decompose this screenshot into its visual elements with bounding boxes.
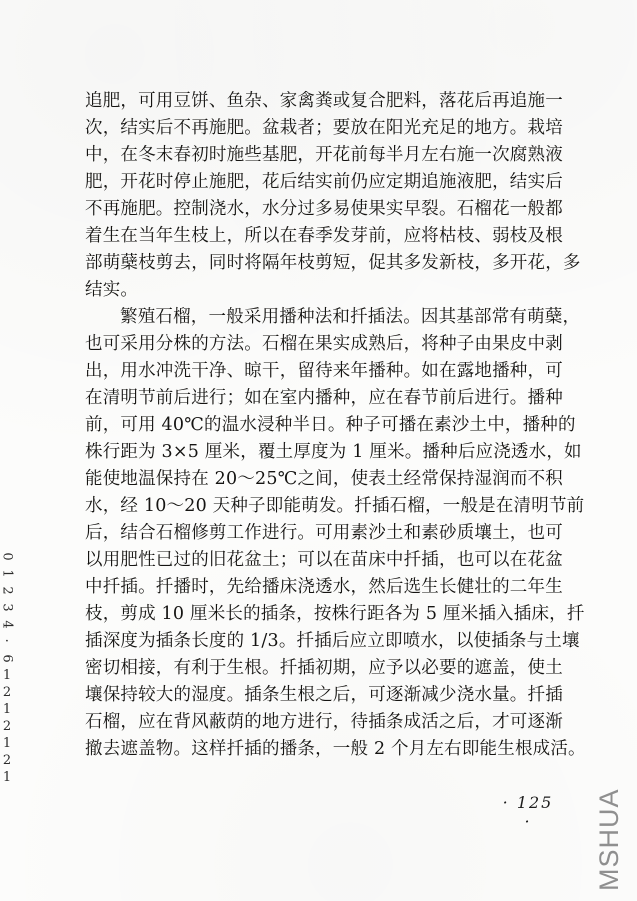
text-line: 水，经 10～20 天种子即能萌发。扦插石榴，一般是在清明节前 <box>85 493 557 520</box>
text-line: 能使地温保持在 20～25℃之间，使表土经常保持湿润而不积 <box>85 466 557 493</box>
edge-mark: 0 <box>0 551 16 563</box>
text-line: 前，可用 40℃的温水浸种半日。种子可播在素沙土中，播种的 <box>85 412 557 439</box>
text-line: 中扦插。扦播时，先给播床浇透水，然后选生长健壮的二年生 <box>85 574 557 601</box>
paragraph-fertilizing: 追肥，可用豆饼、鱼杂、家禽粪或复合肥料，落花后再追施一 次，结实后不再施肥。盆栽… <box>85 88 557 304</box>
edge-mark: 6 <box>0 653 16 665</box>
text-line: 肥，开花时停止施肥，花后结实前仍应定期追施液肥，结实后 <box>85 169 557 196</box>
text-block: 追肥，可用豆饼、鱼杂、家禽粪或复合肥料，落花后再追施一 次，结实后不再施肥。盆栽… <box>85 88 557 763</box>
edge-mark: 4 <box>0 619 16 631</box>
paragraph-propagation: 繁殖石榴，一般采用播种法和扦插法。因其基部常有萌蘖， 也可采用分株的方法。石榴在… <box>85 304 557 763</box>
page-number: · 125 · <box>498 793 558 831</box>
text-line: 结实。 <box>85 277 557 304</box>
text-line: 中，在冬末春初时施些基肥，开花前每半月左右施一次腐熟液 <box>85 142 557 169</box>
text-line: 次，结实后不再施肥。盆栽者；要放在阳光充足的地方。栽培 <box>85 115 557 142</box>
text-line: 出，用水冲洗干净、晾干，留待来年播种。如在露地播种，可 <box>85 358 557 385</box>
text-line: 以用肥性已过的旧花盆土；可以在苗床中扦插，也可以在花盆 <box>85 547 557 574</box>
text-line: 后，结合石榴修剪工作进行。可用素沙土和素砂质壤土，也可 <box>85 520 557 547</box>
text-line: 繁殖石榴，一般采用播种法和扦插法。因其基部常有萌蘖， <box>85 304 557 331</box>
edge-mark: 3 <box>0 602 16 614</box>
edge-mark: 1 <box>1 701 13 718</box>
edge-mark: 2 <box>1 718 13 735</box>
edge-mark: 1 <box>1 769 13 786</box>
edge-mark: 2 <box>1 752 13 769</box>
text-line: 枝，剪成 10 厘米长的插条，按株行距各为 5 厘米插入插床，扦 <box>85 601 557 628</box>
text-line: 也可采用分株的方法。石榴在果实成熟后，将种子由果皮中剥 <box>85 331 557 358</box>
film-edge-marks: 0 1 2 3 4 · 6 1 2 1 2 1 2 1 <box>1 548 15 786</box>
edge-mark: 1 <box>1 667 13 684</box>
text-line: 着生在当年生枝上，所以在春季发芽前，应将枯枝、弱枝及根 <box>85 223 557 250</box>
edge-mark: 2 <box>0 585 16 597</box>
edge-mark: 2 <box>1 684 13 701</box>
text-line: 株行距为 3×5 厘米，覆土厚度为 1 厘米。播种后应浇透水，如 <box>85 439 557 466</box>
watermark-mshua: MSHUA <box>594 795 624 891</box>
text-line: 不再施肥。控制浇水，水分过多易使果实早裂。石榴花一般都 <box>85 196 557 223</box>
text-line: 密切相接，有利于生根。扦插初期，应予以必要的遮盖，使土 <box>85 655 557 682</box>
text-line: 部萌蘖枝剪去，同时将隔年枝剪短，促其多发新枝，多开花，多 <box>85 250 557 277</box>
text-line: 在清明节前后进行；如在室内播种，应在春节前后进行。播种 <box>85 385 557 412</box>
edge-mark: · <box>1 633 13 650</box>
text-line: 石榴，应在背风蔽荫的地方进行，待插条成活之后，才可逐渐 <box>85 709 557 736</box>
edge-mark: 1 <box>1 735 13 752</box>
scanned-book-page: 追肥，可用豆饼、鱼杂、家禽粪或复合肥料，落花后再追施一 次，结实后不再施肥。盆栽… <box>0 0 637 901</box>
edge-mark: 1 <box>0 568 16 580</box>
text-line: 插深度为插条长度的 1/3。扦插后应立即喷水，以使插条与土壤 <box>85 628 557 655</box>
text-line: 追肥，可用豆饼、鱼杂、家禽粪或复合肥料，落花后再追施一 <box>85 88 557 115</box>
text-line: 撤去遮盖物。这样扦插的播条，一般 2 个月左右即能生根成活。 <box>85 736 557 763</box>
text-line: 壤保持较大的湿度。插条生根之后，可逐渐减少浇水量。扦插 <box>85 682 557 709</box>
